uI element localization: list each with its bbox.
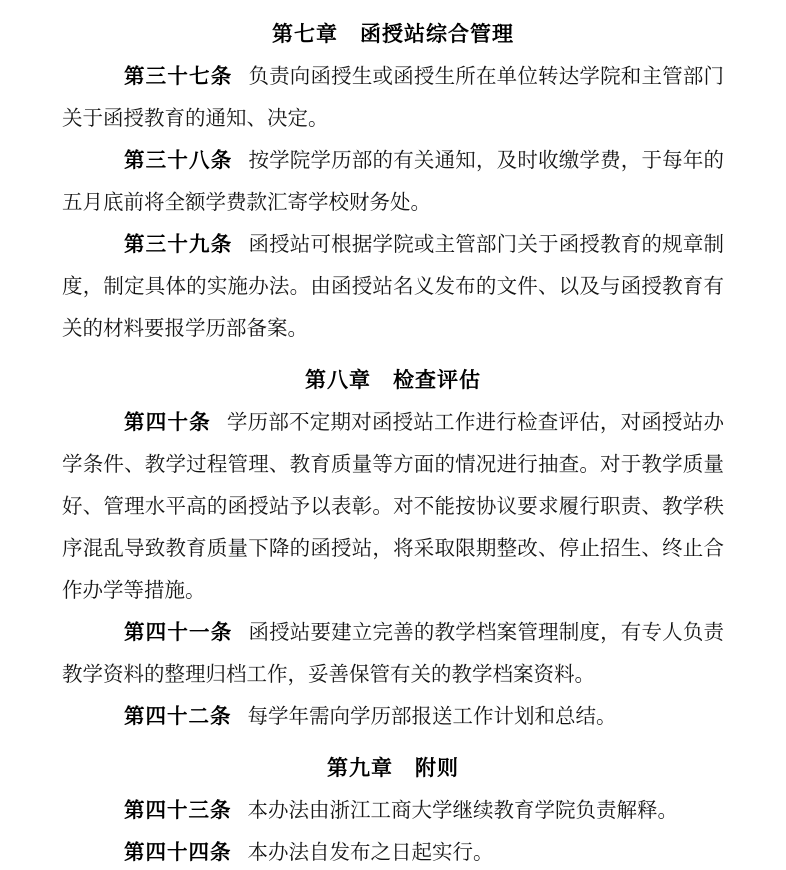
article-42-number: 第四十二条 — [124, 706, 232, 728]
article-44: 第四十四条本办法自发布之日起实行。 — [62, 832, 724, 870]
article-37-number: 第三十七条 — [124, 66, 232, 88]
article-44-number: 第四十四条 — [124, 842, 232, 864]
article-40: 第四十条学历部不定期对函授站工作进行检查评估，对函授站办学条件、教学过程管理、教… — [62, 402, 724, 612]
chapter-9-heading: 第九章 附则 — [62, 748, 724, 790]
article-38: 第三十八条按学院学历部的有关通知，及时收缴学费，于每年的五月底前将全额学费款汇寄… — [62, 140, 724, 224]
article-39: 第三十九条函授站可根据学院或主管部门关于函授教育的规章制度，制定具体的实施办法。… — [62, 224, 724, 350]
article-40-text: 学历部不定期对函授站工作进行检查评估，对函授站办学条件、教学过程管理、教育质量等… — [62, 412, 724, 602]
chapter-8-heading: 第八章 检查评估 — [62, 360, 724, 402]
article-43-number: 第四十三条 — [124, 800, 232, 822]
article-38-number: 第三十八条 — [124, 150, 232, 172]
document-page: 第七章 函授站综合管理 第三十七条负责向函授生或函授生所在单位转达学院和主管部门… — [0, 0, 786, 870]
article-42-text: 每学年需向学历部报送工作计划和总结。 — [248, 706, 617, 728]
article-44-text: 本办法自发布之日起实行。 — [248, 842, 494, 864]
article-43: 第四十三条本办法由浙江工商大学继续教育学院负责解释。 — [62, 790, 724, 832]
chapter-7-heading: 第七章 函授站综合管理 — [62, 14, 724, 56]
article-41-number: 第四十一条 — [124, 622, 232, 644]
article-37: 第三十七条负责向函授生或函授生所在单位转达学院和主管部门关于函授教育的通知、决定… — [62, 56, 724, 140]
article-43-text: 本办法由浙江工商大学继续教育学院负责解释。 — [248, 800, 679, 822]
article-39-number: 第三十九条 — [124, 234, 232, 256]
article-40-number: 第四十条 — [124, 412, 211, 434]
article-42: 第四十二条每学年需向学历部报送工作计划和总结。 — [62, 696, 724, 738]
article-41: 第四十一条函授站要建立完善的教学档案管理制度，有专人负责教学资料的整理归档工作，… — [62, 612, 724, 696]
